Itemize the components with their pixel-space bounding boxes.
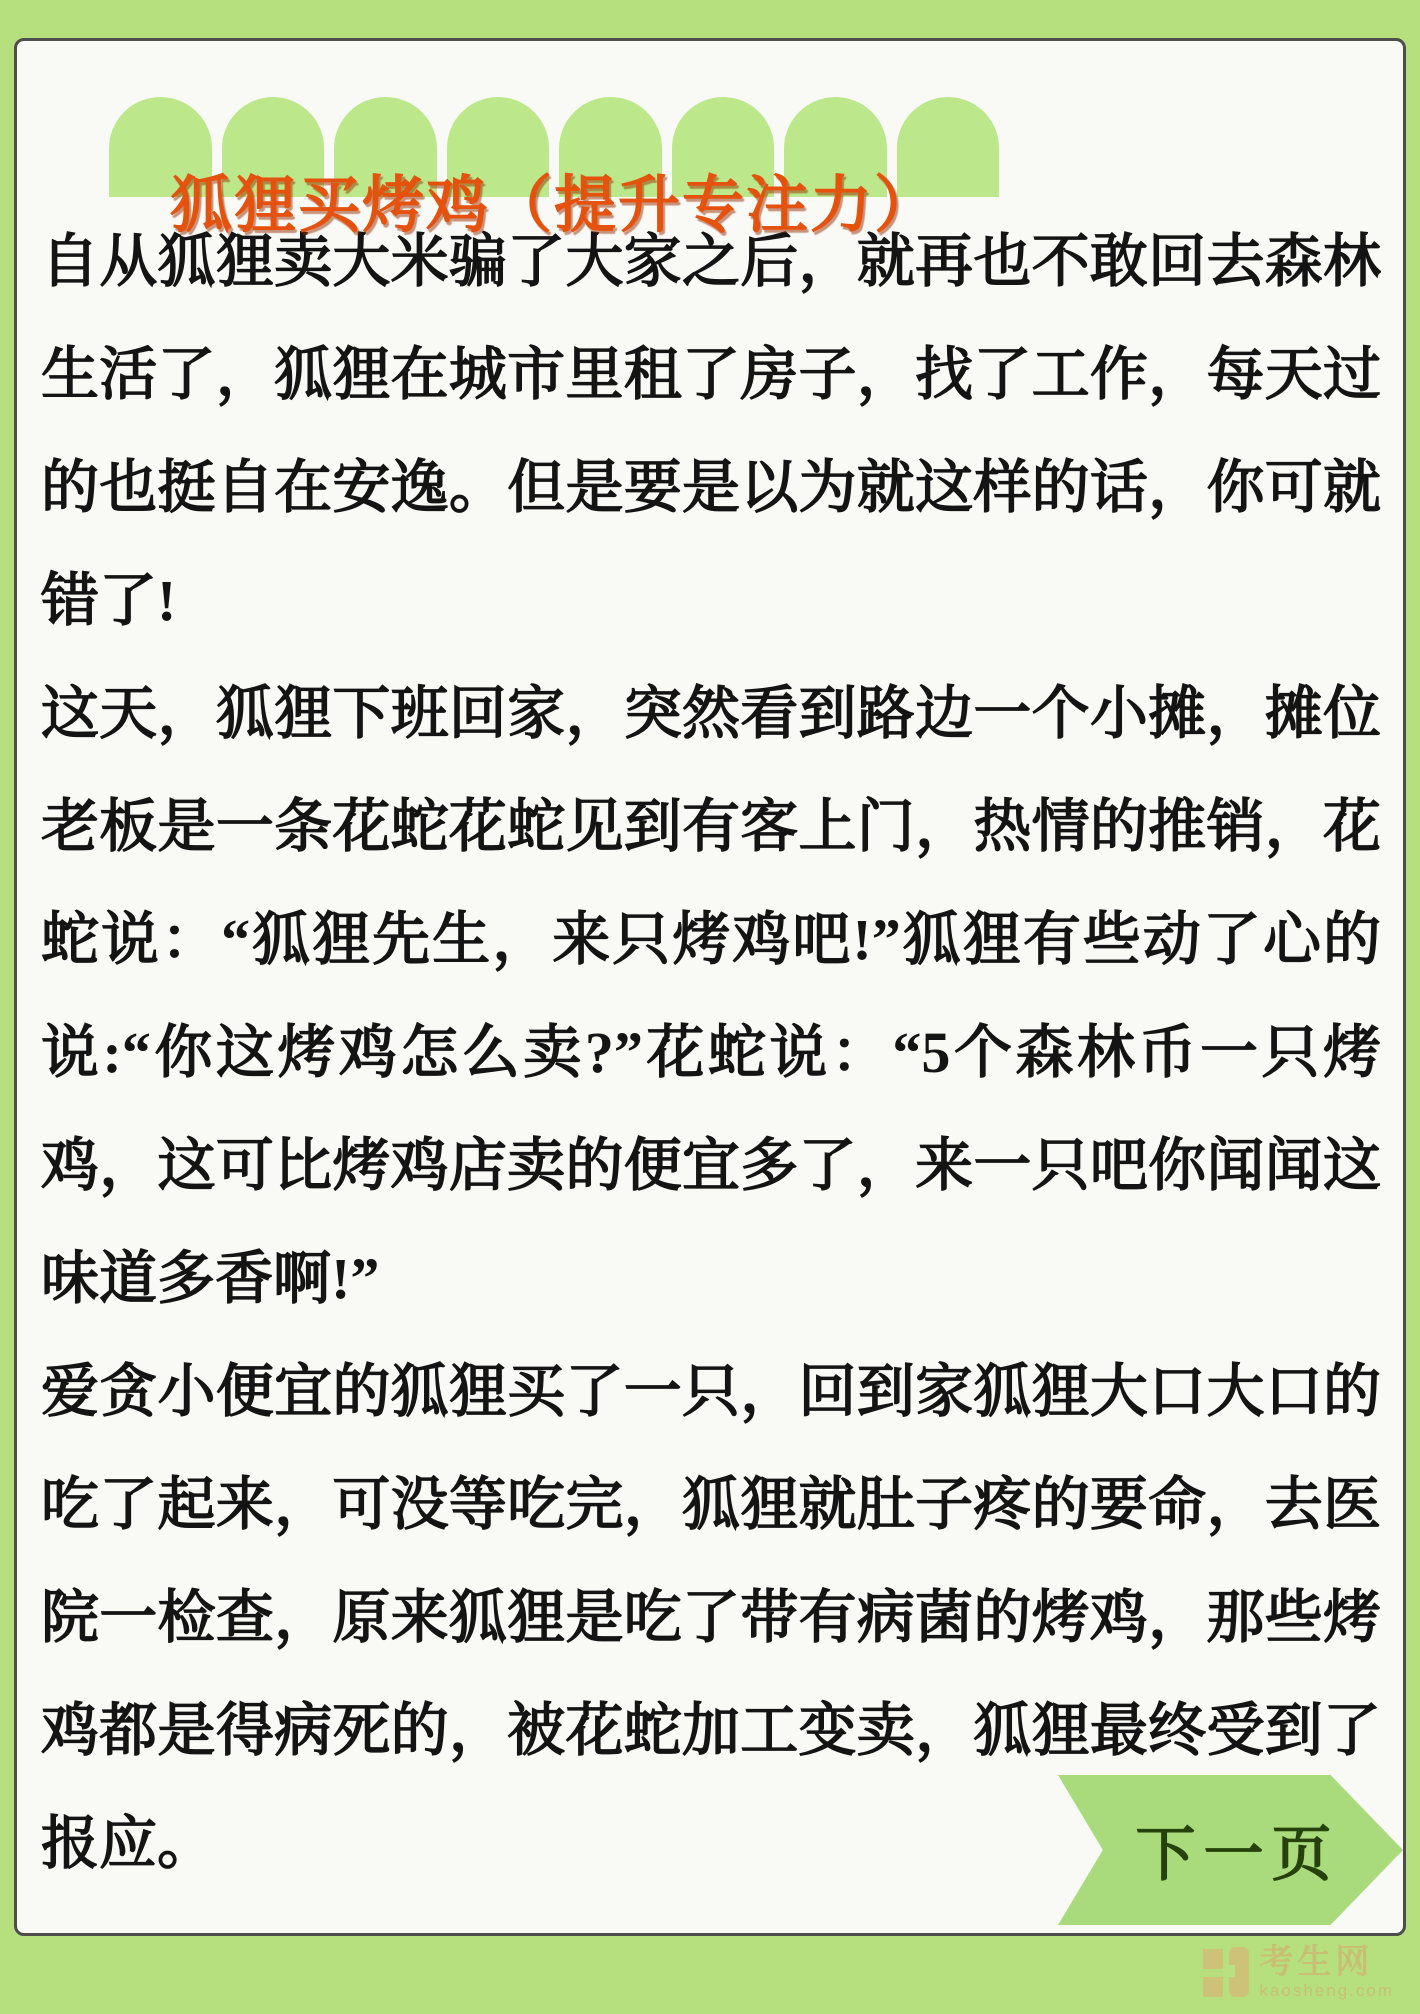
- storybook-page: { "story": { "title": "狐狸买烤鸡（提升专注力）", "p…: [0, 0, 1420, 2014]
- story-paragraph: 自从狐狸卖大米骗了大家之后，就再也不敢回去森林生活了，狐狸在城市里租了房子，找了…: [41, 205, 1381, 657]
- next-page-label: 下一页: [1122, 1807, 1340, 1893]
- story-panel: 狐狸买烤鸡（提升专注力） 自从狐狸卖大米骗了大家之后，就再也不敢回去森林生活了，…: [14, 38, 1406, 1936]
- watermark-site-name: 考生网: [1259, 1945, 1394, 1979]
- watermark-site-domain: kaosheng.com: [1259, 1982, 1394, 1999]
- page-title: 狐狸买烤鸡（提升专注力）: [109, 155, 999, 244]
- next-page-button[interactable]: 下一页: [1058, 1775, 1403, 1925]
- story-text: 自从狐狸卖大米骗了大家之后，就再也不敢回去森林生活了，狐狸在城市里租了房子，找了…: [17, 197, 1403, 1900]
- kaosheng-watermark: 考生网 kaosheng.com: [1203, 1944, 1394, 2000]
- title-band: 狐狸买烤鸡（提升专注力）: [109, 97, 999, 197]
- story-paragraph: 这天，狐狸下班回家，突然看到路边一个小摊，摊位老板是一条花蛇花蛇见到有客上门，热…: [41, 657, 1381, 1335]
- kaosheng-logo-icon: [1203, 1947, 1249, 1997]
